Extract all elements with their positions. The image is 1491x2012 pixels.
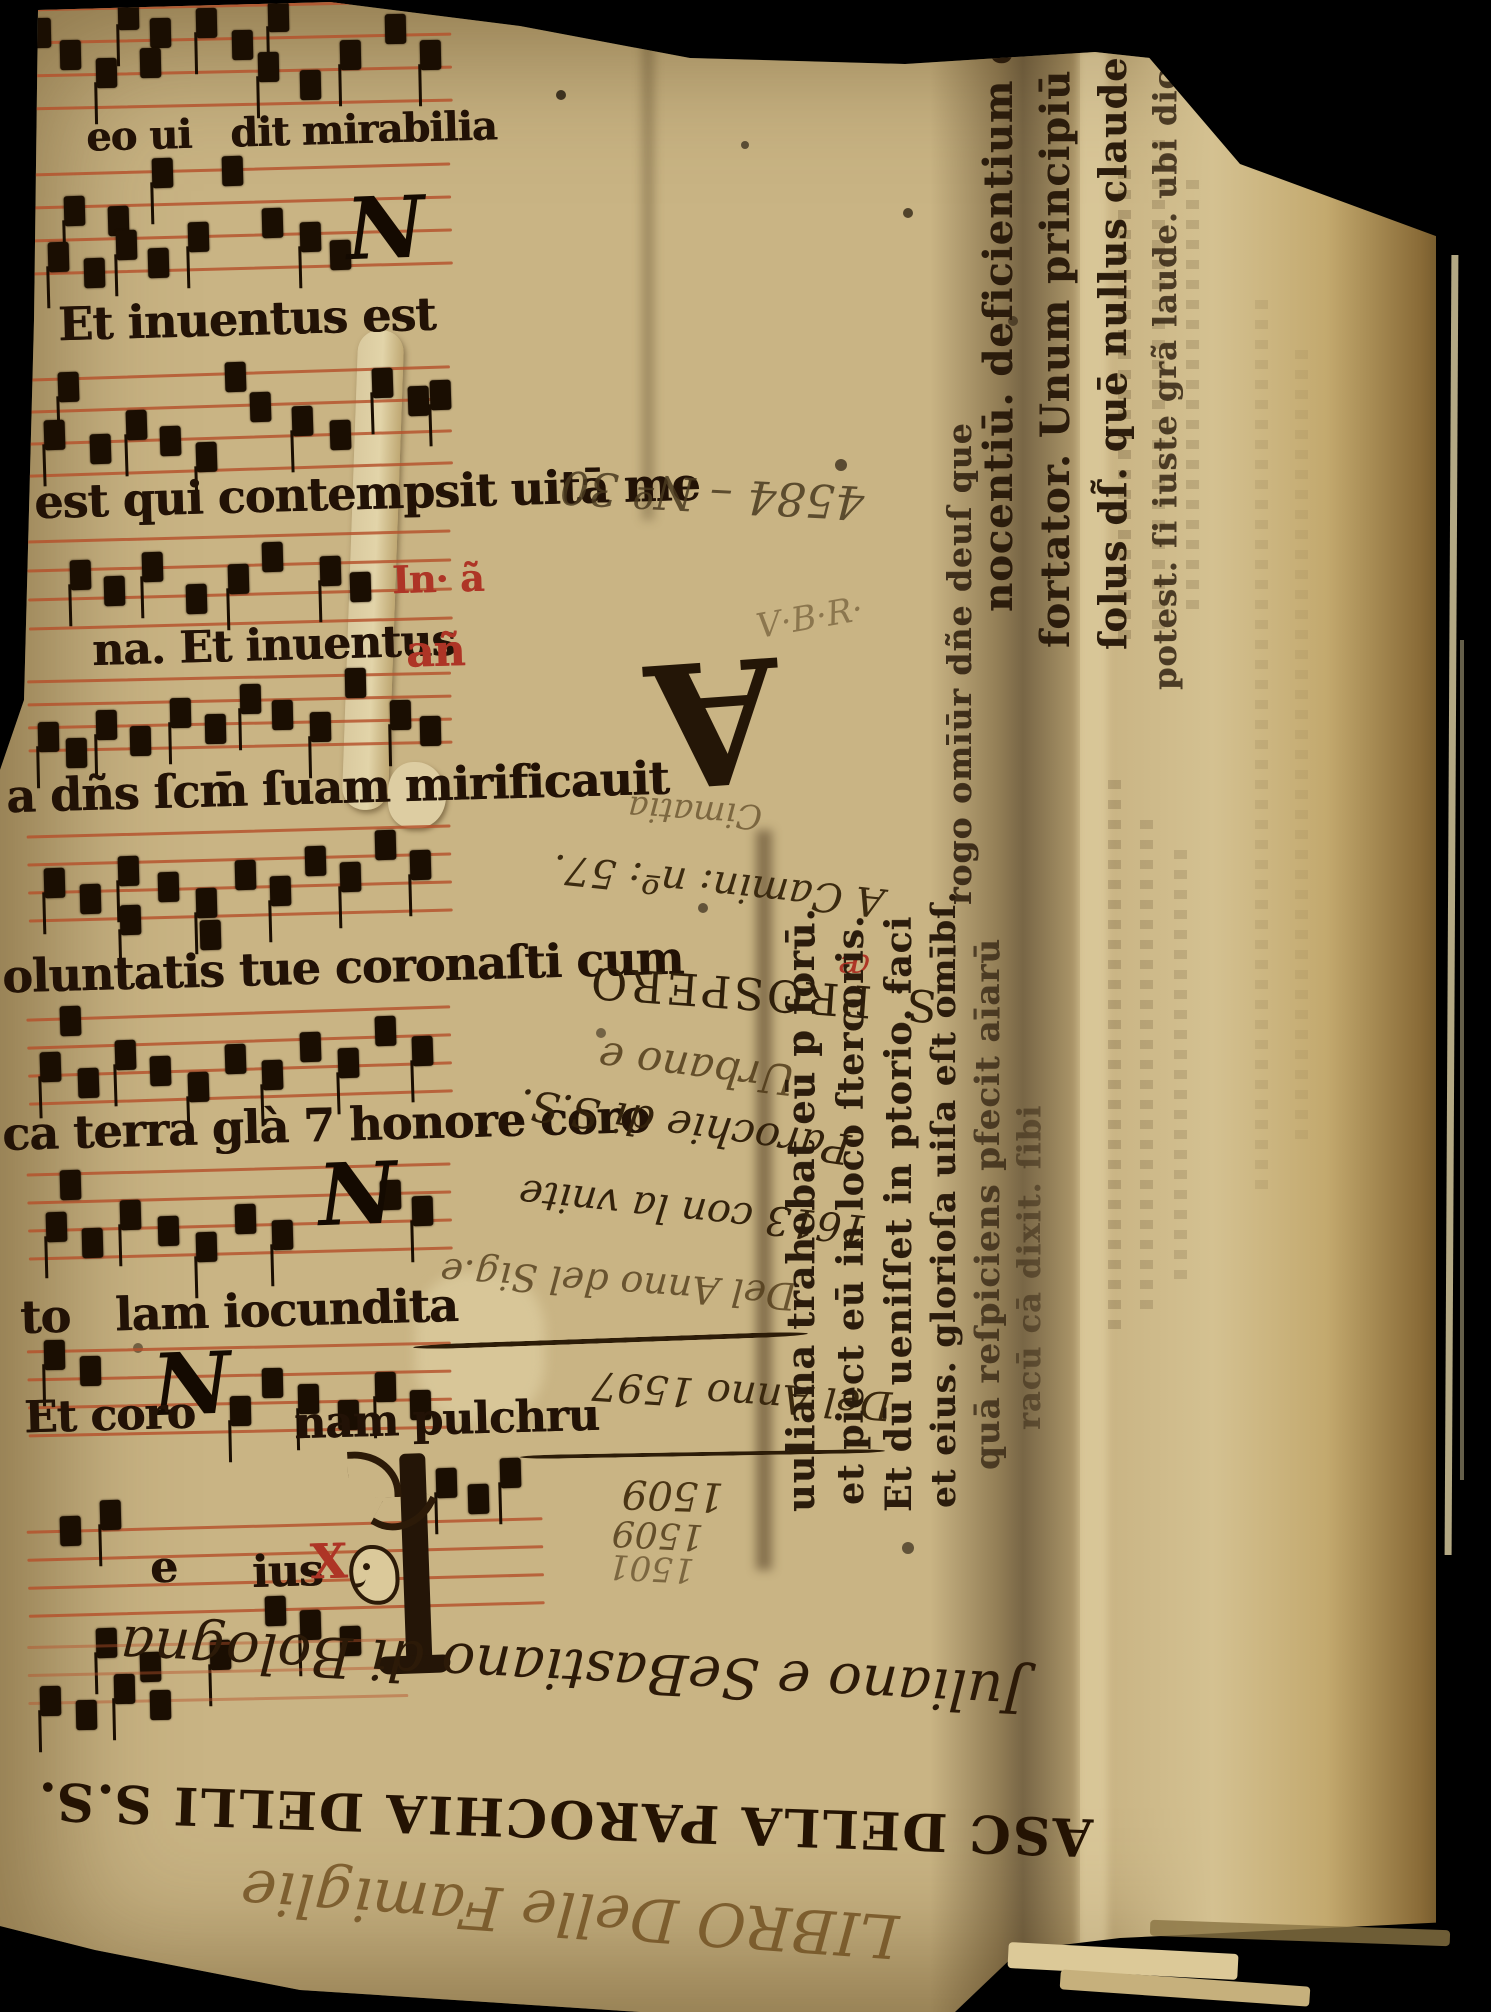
- neume: [142, 552, 164, 583]
- neume: [270, 876, 292, 907]
- neume: [420, 716, 442, 746]
- chant-text-line: na. Et inuentus: [91, 615, 455, 676]
- neume: [104, 576, 126, 607]
- neume: [30, 18, 52, 48]
- neume: [228, 564, 250, 595]
- staff-line: [28, 66, 452, 78]
- neume: [116, 230, 138, 261]
- parchment-leaf: NNN eo ui dit mirabilia Et inuentus est …: [0, 0, 1491, 2012]
- neume: [232, 30, 254, 60]
- neume: [64, 196, 86, 227]
- neume: [188, 1072, 210, 1103]
- faded-script-column: [1295, 350, 1308, 1150]
- neume: [258, 52, 280, 82]
- staff-line: [27, 1342, 451, 1354]
- neume: [158, 1216, 180, 1247]
- inscription-camin-57: A Camin: nº: 57.: [551, 845, 887, 926]
- neume: [140, 48, 162, 78]
- neume: [82, 1228, 104, 1259]
- inscription-1501: 1501: [607, 1546, 696, 1590]
- neume: [130, 726, 152, 756]
- neume: [60, 1006, 82, 1037]
- custos-glyph: N: [312, 1151, 403, 1240]
- neume: [126, 410, 148, 441]
- neume: [235, 1204, 257, 1235]
- marginal-line: fortator. Unum principiū: [1032, 70, 1079, 648]
- neume: [96, 710, 118, 740]
- neume: [118, 0, 140, 30]
- neume: [262, 542, 284, 573]
- neume: [40, 1686, 62, 1716]
- inscription-large-A: A: [642, 632, 785, 811]
- neume: [60, 1170, 82, 1201]
- ink-underline: [413, 1331, 808, 1350]
- neume: [340, 40, 362, 70]
- neume: [38, 722, 60, 752]
- neume: [420, 40, 442, 70]
- neume: [262, 208, 284, 239]
- neume: [118, 856, 140, 887]
- neume: [240, 684, 262, 714]
- neume: [90, 434, 112, 465]
- rubric-text: In· ã: [391, 555, 484, 603]
- ink-spots: [0, 0, 6, 6]
- faded-script-column: [1174, 850, 1187, 1280]
- inscription-shelf-number: 4584 – Nº 30: [559, 460, 866, 530]
- chant-text-line: to lam iocundita: [19, 1278, 458, 1344]
- neume: [320, 556, 342, 587]
- neume: [66, 738, 88, 768]
- neume: [385, 14, 407, 44]
- face-nose: [351, 1573, 365, 1587]
- neume: [196, 1232, 218, 1263]
- inscription-cimatia: Cimatia: [627, 787, 764, 836]
- neume: [268, 2, 290, 32]
- neume: [375, 1016, 397, 1047]
- neume: [412, 1196, 434, 1227]
- neume: [60, 40, 82, 70]
- neume: [412, 1036, 434, 1067]
- staff-line: [27, 672, 451, 684]
- neume: [148, 248, 170, 279]
- neume: [120, 1200, 142, 1231]
- neume: [230, 1396, 252, 1426]
- neume: [76, 1700, 98, 1730]
- neume: [196, 888, 218, 919]
- faded-script-column: [1255, 300, 1268, 1200]
- neume: [430, 380, 452, 411]
- neume: [408, 386, 430, 417]
- neume: [235, 860, 257, 891]
- neume: [300, 222, 322, 253]
- neume: [300, 70, 322, 100]
- chant-text-line: e: [149, 1542, 177, 1594]
- chant-text-line: Et inuentus est: [57, 287, 436, 352]
- neume: [468, 1484, 490, 1515]
- staff-line: [29, 1601, 545, 1618]
- chant-text-line: eo ui dit mirabilia: [85, 102, 497, 160]
- neume: [225, 362, 247, 393]
- page-edge-sliver: [1460, 640, 1464, 1480]
- neume: [305, 846, 327, 877]
- neume: [150, 18, 172, 48]
- marginal-line: uuliana trahebat eū p forū.: [778, 907, 823, 1512]
- neume: [60, 1516, 82, 1547]
- neume: [78, 1068, 100, 1099]
- staff-line: [27, 529, 451, 543]
- neume: [410, 850, 432, 881]
- neume: [300, 1032, 322, 1063]
- neume: [500, 1458, 522, 1489]
- marginal-line: rogo omīūr dñe deuſ que: [940, 422, 979, 905]
- neume: [186, 584, 208, 615]
- neume: [80, 884, 102, 915]
- inscription-libro: LIBRO Delle Famiglie: [238, 1855, 901, 1971]
- neume: [340, 862, 362, 893]
- neume: [375, 830, 397, 861]
- inscription-anno-sig: Del Anno del Sig.e: [439, 1250, 798, 1319]
- neume: [44, 1340, 66, 1370]
- custos-glyph: N: [340, 185, 431, 274]
- neume: [44, 868, 66, 899]
- face-eye: [363, 1563, 370, 1570]
- marginal-line: racū cā dixit. ſibi: [1010, 1105, 1048, 1430]
- neume: [310, 712, 332, 742]
- neume: [225, 1044, 247, 1075]
- crease-line: [642, 0, 654, 520]
- marginal-line: et eius. glorioſa uiſa eſt omībſ.: [924, 891, 964, 1508]
- face-ornament: [348, 1544, 400, 1606]
- rubric-text: añ: [405, 625, 465, 678]
- neume: [338, 1048, 360, 1079]
- neume: [120, 905, 142, 936]
- marginal-line: Et dū ueniſſet in ptorio. faci: [878, 916, 920, 1512]
- neume: [150, 1690, 172, 1720]
- neume: [196, 442, 218, 473]
- inscription-parochia-caps: ASC DELLA PAROCHIA DELLI S.S.: [35, 1770, 1094, 1868]
- faded-script-column: [1108, 780, 1121, 1340]
- neume: [58, 372, 80, 403]
- faded-script-column: [1140, 820, 1153, 1320]
- neume: [160, 426, 182, 457]
- faded-script-column: [1152, 140, 1165, 640]
- neume: [372, 368, 394, 399]
- neume: [46, 1212, 68, 1243]
- marginal-line: nocentiū. deficientium cō: [975, 12, 1022, 612]
- neume: [272, 700, 294, 730]
- neume: [48, 242, 70, 273]
- neume: [84, 258, 106, 289]
- neume: [70, 560, 92, 591]
- neume: [114, 1674, 136, 1704]
- neume: [115, 1040, 137, 1071]
- neume: [188, 222, 210, 253]
- manuscript-photo: NNN eo ui dit mirabilia Et inuentus est …: [0, 0, 1491, 2012]
- neume: [350, 572, 372, 603]
- neume: [250, 392, 272, 423]
- neume: [345, 668, 367, 698]
- staff-line: [27, 397, 451, 413]
- neume: [158, 872, 180, 903]
- faded-script-column: [1186, 180, 1199, 610]
- neume: [96, 58, 118, 88]
- neume: [44, 420, 66, 451]
- neume: [292, 406, 314, 437]
- neume: [150, 1056, 172, 1087]
- marginal-line: quā reſpiciens pfecit aīarū: [968, 938, 1008, 1470]
- neume: [272, 1220, 294, 1251]
- rubric-text: X: [309, 1534, 347, 1591]
- neume: [100, 1500, 122, 1531]
- neume: [390, 700, 412, 730]
- neume: [40, 1052, 62, 1083]
- chant-text-line: nam pulchru: [293, 1390, 599, 1449]
- staff-line: [27, 0, 451, 11]
- neume: [262, 1368, 284, 1398]
- marginal-line: et piect eū in loco ſtercoris.: [830, 915, 872, 1505]
- neume: [330, 420, 352, 451]
- neume: [196, 8, 218, 38]
- neume: [205, 714, 227, 744]
- chant-text-line: Et coro: [23, 1388, 195, 1444]
- neume: [80, 1356, 102, 1386]
- neume: [170, 698, 192, 728]
- faded-script-column: [1118, 170, 1131, 640]
- neume: [152, 158, 174, 189]
- neume: [262, 1060, 284, 1091]
- neume: [222, 156, 244, 187]
